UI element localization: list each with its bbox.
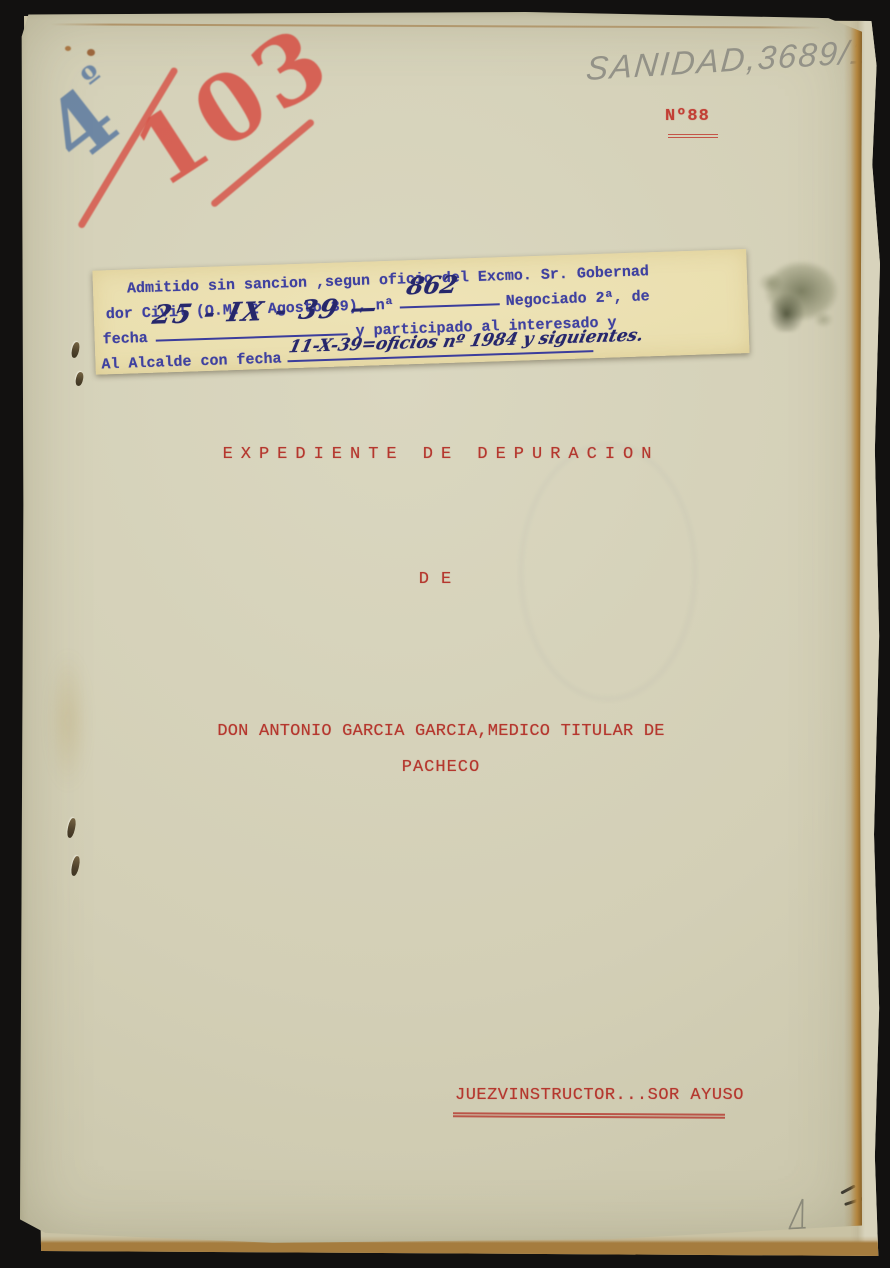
preposition-de: DE — [20, 570, 862, 589]
olive-ink-stain — [753, 250, 841, 332]
slip-blank-date-2: 11-X-39=oficios nº 1984 y siguientes. — [287, 335, 593, 362]
main-title: EXPEDIENTE DE DEPURACION — [20, 445, 862, 464]
admission-slip: Admitido sin sancion ,segun oficio del E… — [92, 249, 749, 375]
archive-reference-handwriting: SANIDAD,3689/103 — [585, 30, 890, 88]
staple-mark — [75, 371, 85, 386]
subject-location-line: PACHECO — [20, 758, 862, 777]
slip-line-3-typed: fecha — [102, 330, 148, 348]
bleed-through-emblem — [520, 444, 696, 700]
staple-mark — [66, 817, 77, 838]
document-page: SANIDAD,3689/103 Nº88 4º 103 Admitido si… — [20, 12, 862, 1244]
file-number-stamp: Nº88 — [665, 107, 710, 126]
yellow-smear-stain — [42, 628, 94, 813]
staple-mark — [70, 855, 81, 876]
slip-line-4-typed: Al Alcalde con fecha — [101, 350, 281, 373]
judge-line-underline — [453, 1112, 725, 1118]
file-number-underline — [668, 134, 718, 138]
slip-line-2-typed-end: Negociado 2ª, de — [505, 288, 650, 310]
slip-blank-number: 862 — [399, 288, 500, 308]
handwritten-office-number: 862 — [405, 274, 460, 298]
edge-pen-mark — [844, 1197, 864, 1206]
rust-speck — [65, 46, 71, 51]
judge-instructor-line: JUEZVINSTRUCTOR...SOR AYUSO — [455, 1086, 744, 1105]
rust-speck — [87, 49, 95, 56]
top-fold-line — [50, 23, 822, 28]
subject-name-line: DON ANTONIO GARCIA GARCIA,MEDICO TITULAR… — [20, 722, 862, 741]
staple-mark — [70, 341, 80, 358]
handwritten-date-1: 25 - IX - 39 — — [151, 297, 381, 327]
edge-pen-mark — [840, 1184, 855, 1194]
